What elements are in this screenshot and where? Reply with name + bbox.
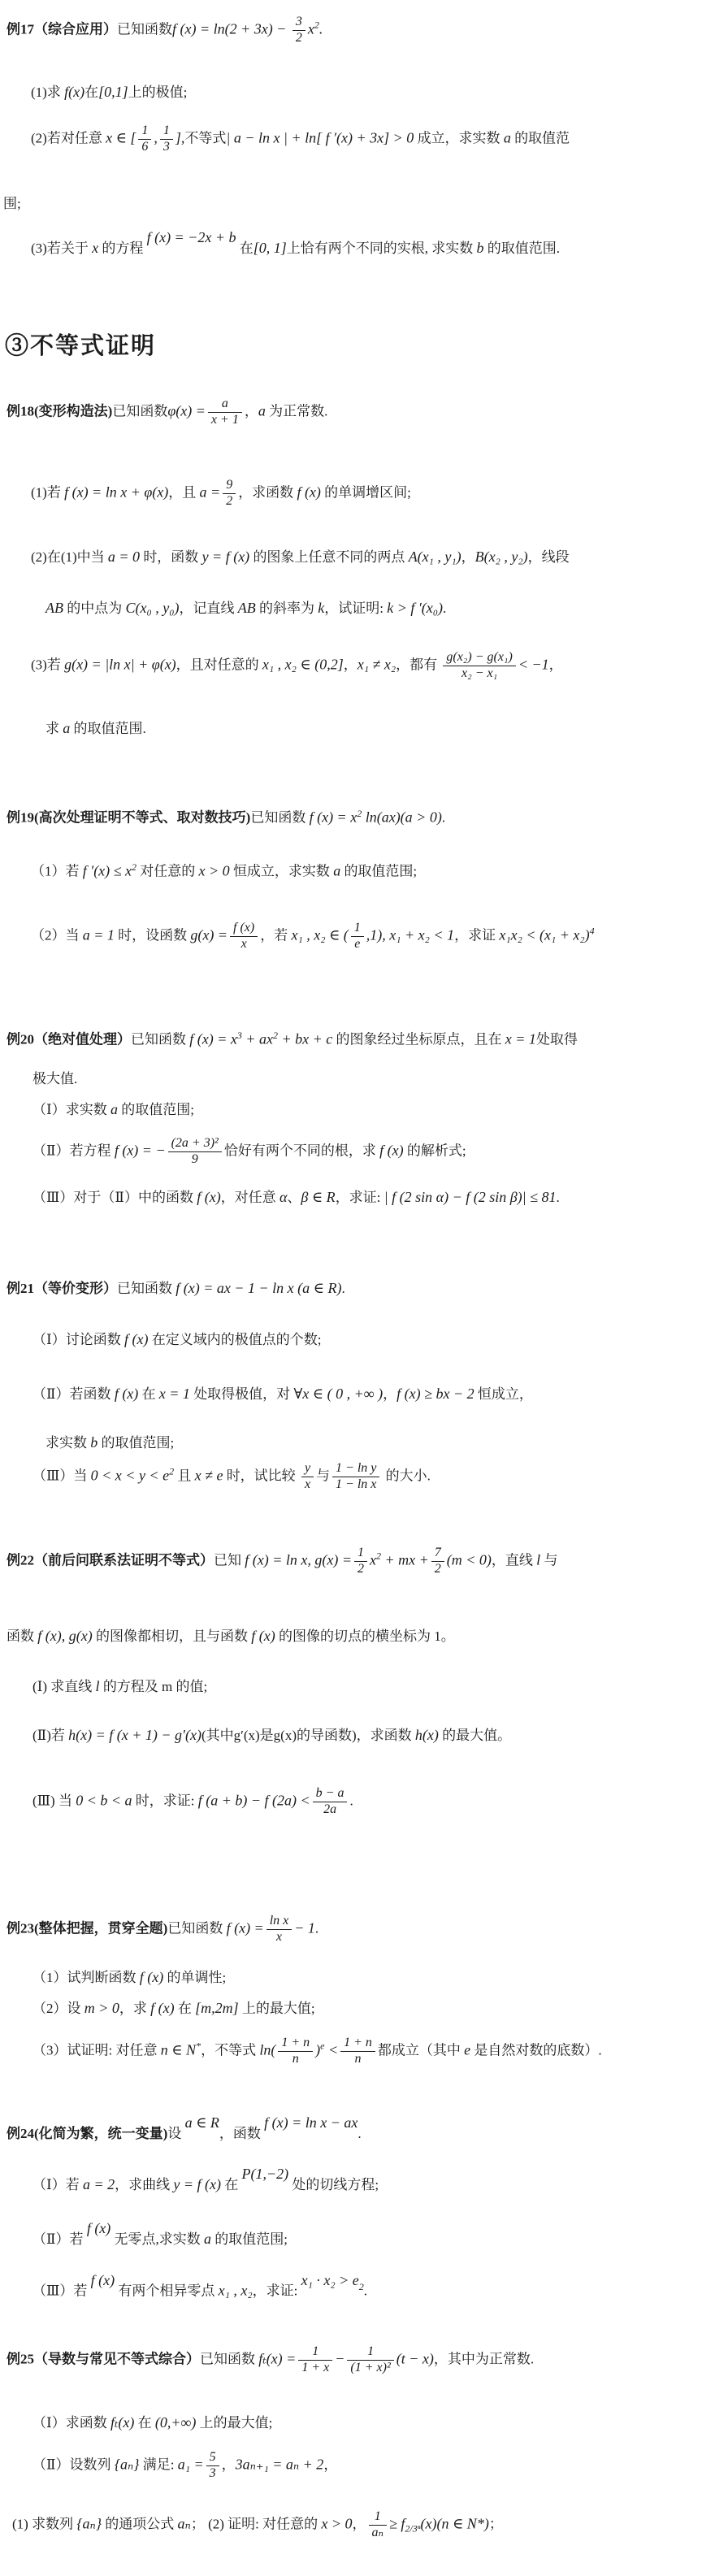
math-text: y = f (x) [173,2176,221,2192]
fraction-denominator: 9 [168,1152,222,1168]
text: ，其中为正常数. [434,2351,534,2366]
text: (1)求 [31,85,64,100]
math-text: [m,2m] [195,2000,239,2016]
math-text: ≥ f [389,2515,405,2531]
text: 的取值范围; [211,2231,288,2247]
text: （Ⅲ）当 [32,1468,91,1483]
text: ，对任意 [221,1190,279,1205]
problem-17-item-2: (2)若对任意 x ∈ [16,13],不等式| a − ln x | + ln… [31,124,570,155]
text: （Ⅰ）讨论函数 [32,1332,124,1347]
text: 时，函数 [140,549,202,565]
fraction-numerator: 7 [431,1546,444,1562]
bold-text: 例21（等价变形） [6,1281,117,1296]
problem-21-item-1: （Ⅰ）讨论函数 f (x) 在定义域内的极值点的个数; [32,1329,321,1351]
fraction-denominator: 1 + x [298,2361,332,2376]
fraction-numerator: ln x [266,1914,292,1930]
text: ，试证明: [324,601,387,616]
math-text: x = 1 [159,1386,190,1402]
fraction: g(x₂) − g(x₁)x₂ − x₁ [443,650,515,682]
problem-19-heading: 例19(高次处理证明不等式、取对数技巧)已知函数 f (x) = x2 ln(a… [6,806,445,829]
math-text: < −1 [518,656,549,672]
fraction-numerator: 3 [292,15,305,31]
fraction-numerator: f (x) [230,921,258,937]
problem-23-item-3: （3）试证明: 对任意 n ∈ N*，不等式 ln(1 + nn)e <1 + … [32,2036,602,2067]
math-text: f (x) [197,1189,220,1205]
text: (Ⅲ) 当 [32,1793,76,1808]
text: . [443,601,446,616]
text: 恒成立， [474,1386,533,1402]
text: ，直线 [492,1552,536,1568]
fraction-numerator: g(x₂) − g(x₁) [443,650,515,666]
fraction: 1 + nn [340,2036,375,2067]
text: . [442,810,445,826]
math-text: 0 < b < a [76,1792,132,1808]
math-text: f (x), g(x) [37,1628,92,1644]
fraction: 53 [206,2450,219,2482]
problem-18-heading: 例18(变形构造法)已知函数φ(x) =ax + 1，a 为正常数. [6,397,327,428]
math-text: n ∈ N [161,2041,196,2058]
bold-text: 例23(整体把握，贯穿全题) [6,1920,167,1936]
text: 的方程 [98,241,147,256]
problem-24-item-3: （Ⅲ）若 f (x) 有两个相异零点 x₁ , x₂，求证: x₁ · x₂ >… [32,2279,367,2302]
text: 已知函数 [117,21,172,37]
math-text: x₁x₂ < (x₁ + x₂) [499,926,589,943]
problem-25-item-2: （Ⅱ）设数列 {aₙ} 满足: a₁ =53，3aₙ₊₁ = aₙ + 2， [32,2450,337,2482]
problem-21-item-2: （Ⅱ）若函数 f (x) 在 x = 1 处取得极值，对 ∀x ∈ ( 0 , … [32,1383,533,1405]
text: 函数 [6,1628,37,1644]
text: 的中点为 [63,601,126,616]
problem-20-item-1: （Ⅰ）求实数 a 的取值范围; [32,1099,194,1121]
math-text: + bx + c [278,1031,332,1047]
text: 的图像都相切，且与函数 [93,1628,252,1644]
math-text: 0 < x < y < e [91,1467,169,1483]
text: ； (2) 证明: 对任意的 [191,2516,322,2531]
math-text: φ(x) = [167,402,206,418]
text: (2)在(1)中当 [31,549,108,565]
problem-18-item-2-cont: AB 的中点为 C(x₀ , y₀)，记直线 AB 的斜率为 k，试证明: k … [45,597,446,619]
math-text: a [204,2231,211,2247]
math-text: g(x) = [190,926,227,943]
math-text: − [335,2350,344,2366]
text: 在 [84,85,98,100]
math-text: (t − x) [396,2350,434,2366]
text: (1)若 [31,484,64,500]
text: 为正常数. [266,403,328,418]
problem-24-item-2: （Ⅱ）若 f (x) 无零点,求实数 a 的取值范围; [32,2228,288,2250]
math-text: x ≠ e [195,1467,223,1483]
text: . [349,1793,353,1808]
fraction-denominator: (1 + x)² [347,2361,393,2376]
text: 恒成立，求实数 [230,864,334,879]
problem-19-item-1: （1）若 f ′(x) ≤ x2 对任意的 x > 0 恒成立，求实数 a 的取… [31,860,417,883]
fraction: 13 [160,124,173,155]
text: 已知函数 [167,1920,226,1936]
text: 的图像的切点的横坐标为 1。 [275,1628,455,1644]
problem-17-item-1: (1)求 f(x)在[0,1]上的极值; [31,81,187,103]
text: ，函数 [219,2126,264,2141]
problem-22-item-3: (Ⅲ) 当 0 < b < a 时，求证: f (a + b) − f (2a)… [32,1786,353,1818]
superscript: 4 [590,926,595,937]
text: ， [461,549,475,565]
problem-20-item-2: （Ⅱ）若方程 f (x) = −(2a + 3)²9恰好有两个不同的根，求 f … [32,1136,466,1168]
problem-25-item-2-subitems: (1) 求数列 {aₙ} 的通项公式 aₙ； (2) 证明: 对任意的 x > … [12,2509,503,2541]
text: 的最大值。 [439,1728,511,1743]
text: ，记直线 [180,601,238,616]
fraction-denominator: n [340,2052,375,2067]
math-text: f (x) ≥ bx − 2 [396,1386,474,1402]
text: ， [245,403,258,418]
problem-18-item-3-cont: 求 a 的取值范围. [45,718,146,739]
text: 时，试比较 [223,1468,299,1483]
math-text: f (x) [87,2218,110,2240]
fraction-denominator: 3 [206,2466,219,2482]
bold-text: 例24(化简为繁，统一变量) [6,2126,167,2141]
problem-23-item-1: （1）试判断函数 f (x) 的单调性; [32,1967,226,1988]
math-text: h(x) = f (x + 1) − g′(x) [68,1727,201,1743]
subscript: 2/3ⁿ [405,2523,420,2535]
fraction: 32 [292,15,305,46]
section-heading-inequality-proof: ③不等式证明 [5,329,156,365]
fraction-denominator: aₙ [369,2526,387,2541]
math-text: y = f (x) [202,549,250,565]
problem-25-item-1: （Ⅰ）求函数 fₜ(x) 在 (0,+∞) 上的最大值; [32,2412,272,2434]
text: 上的极值; [128,85,188,100]
fraction-denominator: 6 [138,140,151,155]
math-text: f (x) = −2x + b [147,227,236,249]
text: (2)若对任意 [31,130,106,145]
math-text: f (x) = x [189,1031,237,1047]
problem-18-item-1: (1)若 f (x) = ln x + φ(x)，且 a =92，求函数 f (… [31,478,411,510]
problem-18-item-3: (3)若 g(x) = |ln x| + φ(x)，且对任意的 x₁ , x₂ … [31,650,563,682]
math-text: f (x) [115,1386,138,1402]
text: （Ⅲ）对于（Ⅱ）中的函数 [32,1190,197,1205]
text: 在 [221,2177,242,2192]
text: (3)若关于 [31,241,92,256]
math-text: AB [45,600,63,616]
text: (1) 求数列 [12,2516,76,2531]
math-text: | f (2 sin α) − f (2 sin β)| ≤ 81 [384,1189,557,1205]
text: (Ⅱ)若 [32,1728,68,1743]
problem-20-heading: 例20（绝对值处理）已知函数 f (x) = x3 + ax2 + bx + c… [6,1028,700,1051]
fraction-denominator: 2 [431,1562,444,1577]
text: 恰好有两个不同的根，求 [224,1143,379,1158]
math-text: a [63,720,70,736]
text: 不等式 [184,130,226,145]
problem-22-item-1: (Ⅰ) 求直线 l 的方程及 m 的值; [32,1676,207,1698]
text: 的取值范围. [484,241,561,256]
problem-24-heading: 例24(化简为繁，统一变量)设 a ∈ R，函数 f (x) = ln x − … [6,2123,362,2144]
problem-23-item-2: （2）设 m > 0，求 f (x) 在 [m,2m] 上的最大值; [32,1997,315,2019]
text: 、 [287,1190,301,1205]
problem-17-item-2-cont: 围; [3,193,21,215]
math-text: aₙ [178,2515,191,2531]
fraction-denominator: 2 [354,1562,367,1577]
bold-text: ③不等式证明 [5,333,156,359]
problem-17-heading: 例17（综合应用）已知函数f (x) = ln(2 + 3x) − 32x2. [6,15,323,46]
text: 在 [138,1386,159,1402]
problem-21-item-2-cont: 求实数 b 的取值范围; [45,1432,174,1454]
text: ，且对任意的 [176,657,262,672]
text: 的方程及 m 的值; [100,1679,208,1694]
text: （Ⅰ）求函数 [32,2415,110,2431]
fraction-denominator: n [278,2052,313,2067]
fraction: 11 + x [298,2344,332,2376]
math-text: [0,1] [98,84,128,100]
math-text: f (x) [124,1331,148,1347]
fraction: 12 [354,1546,367,1577]
problem-23-heading: 例23(整体把握，贯穿全题)已知函数 f (x) =ln xx− 1. [6,1914,318,1945]
text: （Ⅰ）若 [32,2177,83,2192]
text: 成立，求实数 [414,130,504,145]
math-text: ln( [259,2041,275,2058]
fraction-denominator: 1 − ln x [332,1477,379,1493]
text: ， [344,657,357,672]
math-text: m > 0 [84,2000,119,2016]
text: ，求曲线 [115,2177,173,2192]
text: 的取值范围; [118,1102,194,1117]
fraction-denominator: 3 [160,140,173,155]
text: ，求函数 [238,484,297,500]
math-text: | a − ln x | + ln[ f ′(x) + 3x] > 0 [226,129,414,145]
text: 与 [316,1468,330,1483]
text: 已知函数 [250,810,309,826]
math-text: x [370,1551,376,1568]
math-text: f (x) = ln x − ax [264,2112,357,2134]
math-text: , [154,129,158,145]
text: 处取得极值，对 [190,1386,294,1402]
fraction: yx [301,1461,314,1493]
fraction: b − a2a [313,1786,348,1818]
fraction-numerator: 1 [298,2344,332,2361]
text: ； [489,2516,503,2531]
text: 求实数 [45,1435,90,1451]
math-text: {aₙ} [76,2515,102,2531]
math-text: x₁ , x₂ ∈ ( [291,926,348,943]
math-text: a = [200,484,221,500]
math-text: AB [238,600,256,616]
math-text: b [90,1434,97,1451]
text: 的解析式; [404,1143,466,1158]
text: ，求证: [253,2283,301,2299]
problem-20-heading-cont: 极大值. [32,1069,77,1090]
fraction: 1 − ln y1 − ln x [332,1461,379,1493]
math-text: + mx + [381,1551,429,1568]
fraction: (2a + 3)²9 [168,1136,222,1168]
text: ， [383,1386,396,1402]
math-text: + ax [242,1031,273,1047]
math-text: − 1 [294,1919,315,1936]
problem-25-heading: 例25（导数与常见不等式综合）已知函数 fₜ(x) =11 + x−1(1 + … [6,2344,534,2376]
bold-text: 例22（前后问联系法证明不等式） [6,1552,214,1568]
math-text: 3aₙ₊₁ = aₙ + 2 [236,2456,324,2472]
text: ，求 [119,2001,150,2016]
math-text: fₜ(x) [110,2414,134,2431]
math-text: f (x) [91,2270,115,2292]
math-text: x ∈ [ [106,129,136,145]
problem-22-item-2: (Ⅱ)若 h(x) = f (x + 1) − g′(x)(其中g′(x)是g(… [32,1724,511,1746]
text: （Ⅰ）求实数 [32,1102,110,1117]
fraction: ln xx [266,1914,292,1945]
text: （Ⅱ）若函数 [32,1386,115,1402]
text: （2）设 [32,2001,84,2016]
math-text: f(x) [64,84,84,100]
text: . [341,1281,344,1296]
text: (Ⅰ) 求直线 [32,1679,96,1694]
bold-text: 例17（综合应用） [6,21,117,37]
text: 时，设函数 [115,927,191,943]
text: 的单调性; [163,1970,226,1985]
math-text: f (a + b) − f (2a) < [198,1792,310,1808]
math-text: < [324,2041,338,2058]
text: ，且 [168,484,199,500]
fraction-denominator: x [301,1477,314,1493]
text: （3）试证明: 对任意 [32,2042,161,2058]
text: 的单调增区间; [321,484,411,500]
text: ，不等式 [201,2042,259,2058]
math-text: f (x) = − [115,1142,166,1158]
fraction-numerator: 5 [206,2450,219,2466]
fraction: ax + 1 [208,397,242,428]
math-text: x [92,240,98,256]
math-text: f (x) = ln x + φ(x) [64,484,168,500]
math-text: . [319,20,323,37]
fraction-denominator: x [230,937,258,952]
bold-text: 例25（导数与常见不等式综合） [6,2351,200,2366]
fraction-numerator: 1 [160,124,173,140]
math-text: x₁ ≠ x₂ [357,656,396,672]
text: 处取得 [536,1032,578,1047]
text: . [357,2126,361,2141]
fraction-numerator: 1 [369,2509,387,2526]
text: （Ⅲ）若 [32,2283,91,2299]
math-text: x₁ , x₂ [219,2283,253,2299]
text: 在 [134,2415,155,2431]
fraction-numerator: (2a + 3)² [168,1136,222,1152]
text: 的图象经过坐标原点，且在 [332,1032,505,1047]
fraction-numerator: y [301,1461,314,1477]
math-text: f (x) = ln x, g(x) = [245,1551,352,1568]
math-text: {aₙ} [115,2456,140,2472]
fraction: 1(1 + x)² [347,2344,393,2376]
math-text: β ∈ R [301,1189,335,1205]
math-text: B(x₂ , y₂) [475,549,528,565]
problem-17-item-3: (3)若关于 x 的方程 f (x) = −2x + b 在[0, 1]上恰有两… [31,237,560,259]
fraction-numerator: 1 [351,921,364,937]
text: 已知函数 [117,1281,175,1296]
math-text: x [308,20,314,37]
math-text: [0, 1] [253,240,287,256]
math-text: fₜ(x) = [258,2350,296,2366]
text: 围; [3,196,21,211]
math-text: f (x) [251,1628,275,1644]
math-text: k > f ′(x₀) [387,600,443,616]
math-text: f (x) [150,2000,174,2016]
text: 且 [174,1468,195,1483]
problem-22-heading-cont: 函数 f (x), g(x) 的图像都相切，且与函数 f (x) 的图像的切点的… [6,1625,455,1647]
bold-text: 例18(变形构造法) [6,403,112,418]
text: 的图象上任意不同的两点 [249,549,409,565]
text: 已知函数 [131,1032,189,1047]
text: 的通项公式 [102,2516,178,2531]
math-text: x₁ , x₂ ∈ (0,2] [262,656,344,672]
fraction-numerator: 1 + n [340,2036,375,2052]
math-text: a [333,863,340,879]
text: （2）当 [31,927,83,943]
text: （Ⅱ）若方程 [32,1143,115,1158]
text: 上恰有两个不同的实根, 求实数 [287,241,477,256]
text: 的取值范 [511,130,570,145]
fraction-numerator: 1 − ln y [332,1461,379,1477]
math-text: a = 0 [108,549,140,565]
math-text: f ′(x) ≤ x [83,863,132,879]
fraction-numerator: 1 [354,1546,367,1562]
fraction-numerator: 1 + n [278,2036,313,2052]
text: 都成立（其中 [378,2042,464,2058]
fraction: 72 [431,1546,444,1577]
text: 有两个相异零点 [115,2283,219,2299]
text: ，求证 [454,927,499,943]
math-text: (x)(n ∈ N*) [421,2515,489,2531]
math-text: ∀x ∈ ( 0 , +∞ ) [293,1386,383,1402]
text: 满足: [140,2457,178,2472]
text: （1）试判断函数 [32,1970,140,1985]
fraction-numerator: 1 [138,124,151,140]
math-text: a = 1 [83,926,115,943]
math-text: x₁ · x₂ > e [301,2270,359,2292]
text: 的取值范围; [340,864,417,879]
text: ， [353,2516,366,2531]
math-text: P(1,−2) [242,2163,289,2185]
fraction-denominator: 2a [313,1802,348,1818]
text: 求 [45,721,63,736]
text: 处的切线方程; [288,2177,379,2192]
text: 已知函数 [112,403,167,418]
text: ，都有 [396,657,440,672]
math-text: ln(ax)(a > 0) [362,809,442,826]
fraction-numerator: b − a [313,1786,348,1802]
text: . [315,1920,318,1936]
text: 与 [540,1552,557,1568]
bold-text: 例19(高次处理证明不等式、取对数技巧) [6,810,250,826]
fraction: 1aₙ [369,2509,387,2541]
fraction-numerator: 9 [223,478,236,494]
text: (3)若 [31,657,64,672]
text: 的取值范围. [70,721,146,736]
math-text: a [110,1101,118,1117]
math-text: f (x) [140,1969,163,1985]
text: ，若 [260,927,291,943]
text: 的斜率为 [256,601,318,616]
text: 极大值. [32,1071,77,1086]
math-text: α [279,1189,287,1205]
text: 已知函数 [200,2351,258,2366]
text: 在定义域内的极值点的个数; [148,1332,321,1347]
fraction-denominator: 2 [292,31,305,46]
text: 上的最大值; [239,2001,315,2016]
math-text: f (x) = x [310,809,357,826]
math-text: a₁ = [178,2456,204,2472]
text: 的取值范围; [97,1435,174,1451]
fraction-numerator: 1 [347,2344,393,2361]
math-text: a [504,129,511,145]
text: (其中g′(x)是g(x)的导函数)，求函数 [201,1728,415,1743]
math-text: a [258,402,266,418]
bold-text: 例20（绝对值处理） [6,1032,131,1047]
fraction: 92 [223,478,236,510]
math-text: e [464,2041,470,2058]
math-text: b [477,240,484,256]
text: 对任意的 [136,864,199,879]
